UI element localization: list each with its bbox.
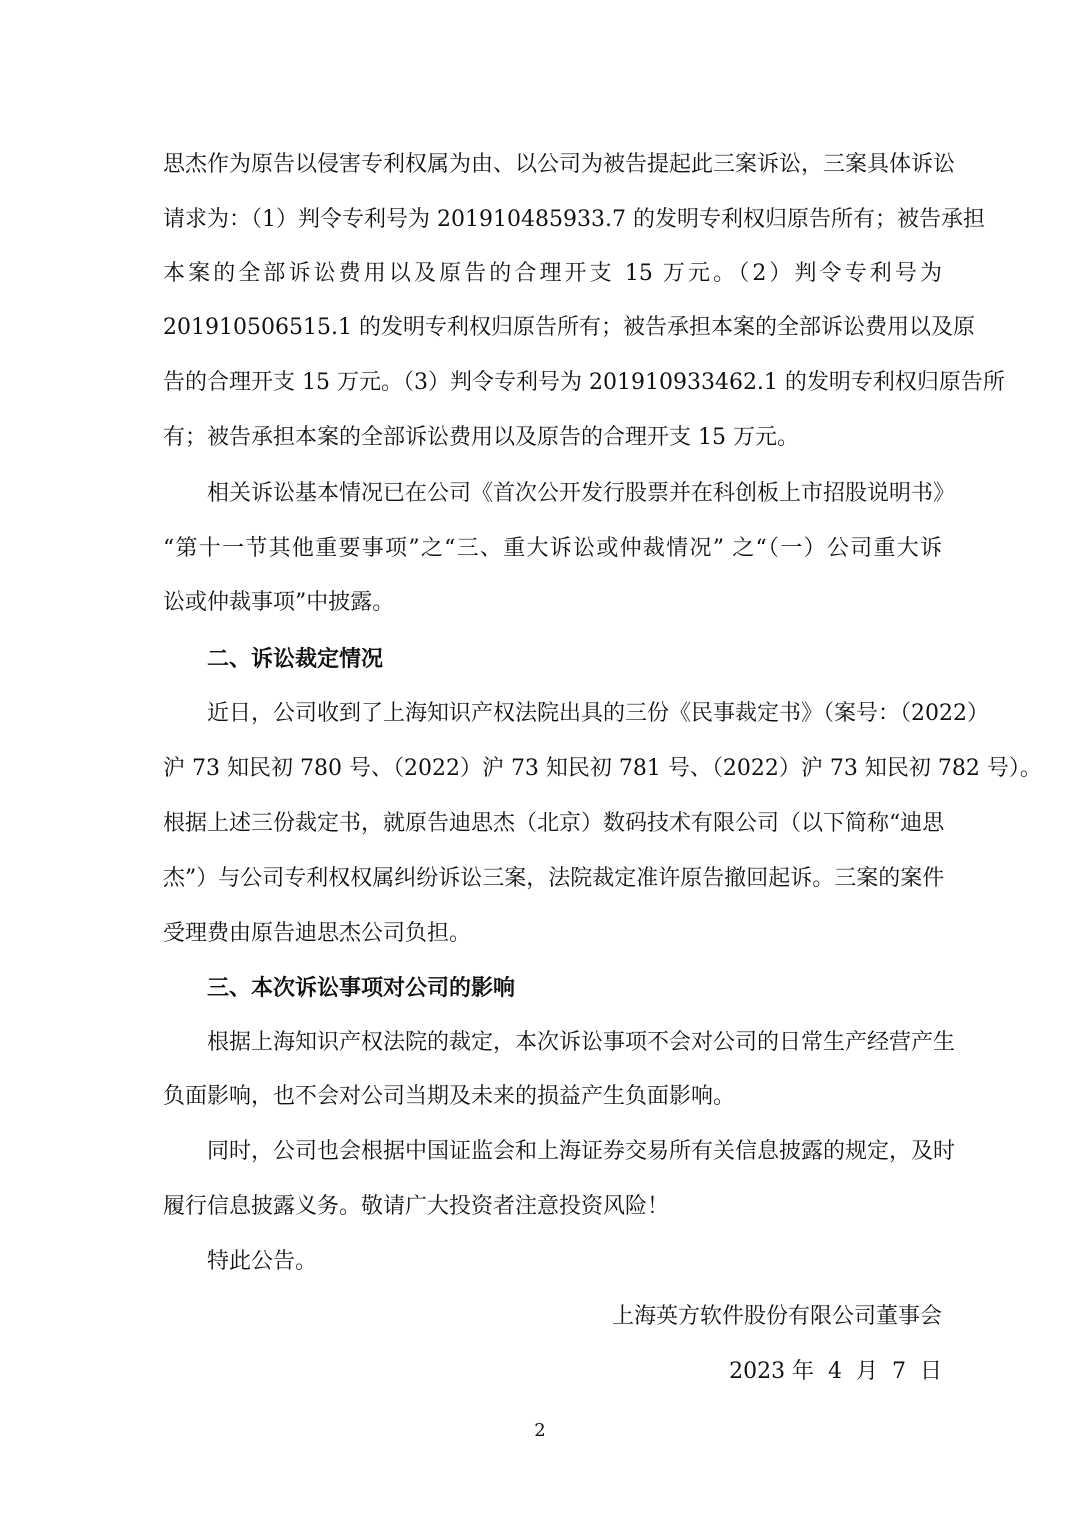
section-heading-ruling: 二、诉讼裁定情况 [207, 644, 942, 674]
paragraph-line: 负面影响，也不会对公司当期及未来的损益产生负面影响。 [163, 1082, 942, 1112]
paragraph-line: 告的合理开支 15 万元。（3）判令专利号为 201910933462.1 的发… [163, 368, 942, 398]
paragraph-line: 本案的全部诉讼费用以及原告的合理开支 15 万元。（2）判令专利号为 [163, 259, 942, 289]
section-heading-impact: 三、本次诉讼事项对公司的影响 [207, 973, 942, 1003]
paragraph-line: 请求为：（1）判令专利号为 201910485933.7 的发明专利权归原告所有… [163, 205, 942, 235]
signature-board: 上海英方软件股份有限公司董事会 [163, 1302, 942, 1332]
paragraph-line: 同时，公司也会根据中国证监会和上海证券交易所有关信息披露的规定，及时 [207, 1137, 942, 1167]
paragraph-line: 近日，公司收到了上海知识产权法院出具的三份《民事裁定书》（案号：（2022） [207, 699, 942, 729]
paragraph-line: 根据上海知识产权法院的裁定，本次诉讼事项不会对公司的日常生产经营产生 [207, 1028, 942, 1058]
signature-date: 2023 年 4 月 7 日 [163, 1357, 942, 1387]
paragraph-line: 履行信息披露义务。敬请广大投资者注意投资风险！ [163, 1192, 942, 1222]
paragraph-line: 根据上述三份裁定书，就原告迪思杰（北京）数码技术有限公司（以下简称“迪思 [163, 809, 942, 839]
paragraph-line: 沪 73 知民初 780 号、（2022）沪 73 知民初 781 号、（202… [163, 754, 942, 784]
paragraph-line: 杰”）与公司专利权权属纠纷诉讼三案，法院裁定准许原告撤回起诉。三案的案件 [163, 864, 942, 894]
document-page: 思杰作为原告以侵害专利权属为由、以公司为被告提起此三案诉讼，三案具体诉讼 请求为… [0, 0, 1080, 1529]
paragraph-line: 思杰作为原告以侵害专利权属为由、以公司为被告提起此三案诉讼，三案具体诉讼 [163, 150, 942, 180]
paragraph-line: 受理费由原告迪思杰公司负担。 [163, 919, 942, 949]
paragraph-line: 讼或仲裁事项”中披露。 [163, 588, 942, 618]
paragraph-line: 201910506515.1 的发明专利权归原告所有；被告承担本案的全部诉讼费用… [163, 313, 942, 343]
page-number: 2 [0, 1419, 1080, 1443]
closing-statement: 特此公告。 [207, 1247, 942, 1277]
paragraph-line: 有；被告承担本案的全部诉讼费用以及原告的合理开支 15 万元。 [163, 423, 942, 453]
paragraph-line: 相关诉讼基本情况已在公司《首次公开发行股票并在科创板上市招股说明书》 [207, 479, 942, 509]
paragraph-line: “第十一节其他重要事项”之“三、重大诉讼或仲裁情况” 之“（一）公司重大诉 [163, 534, 942, 564]
